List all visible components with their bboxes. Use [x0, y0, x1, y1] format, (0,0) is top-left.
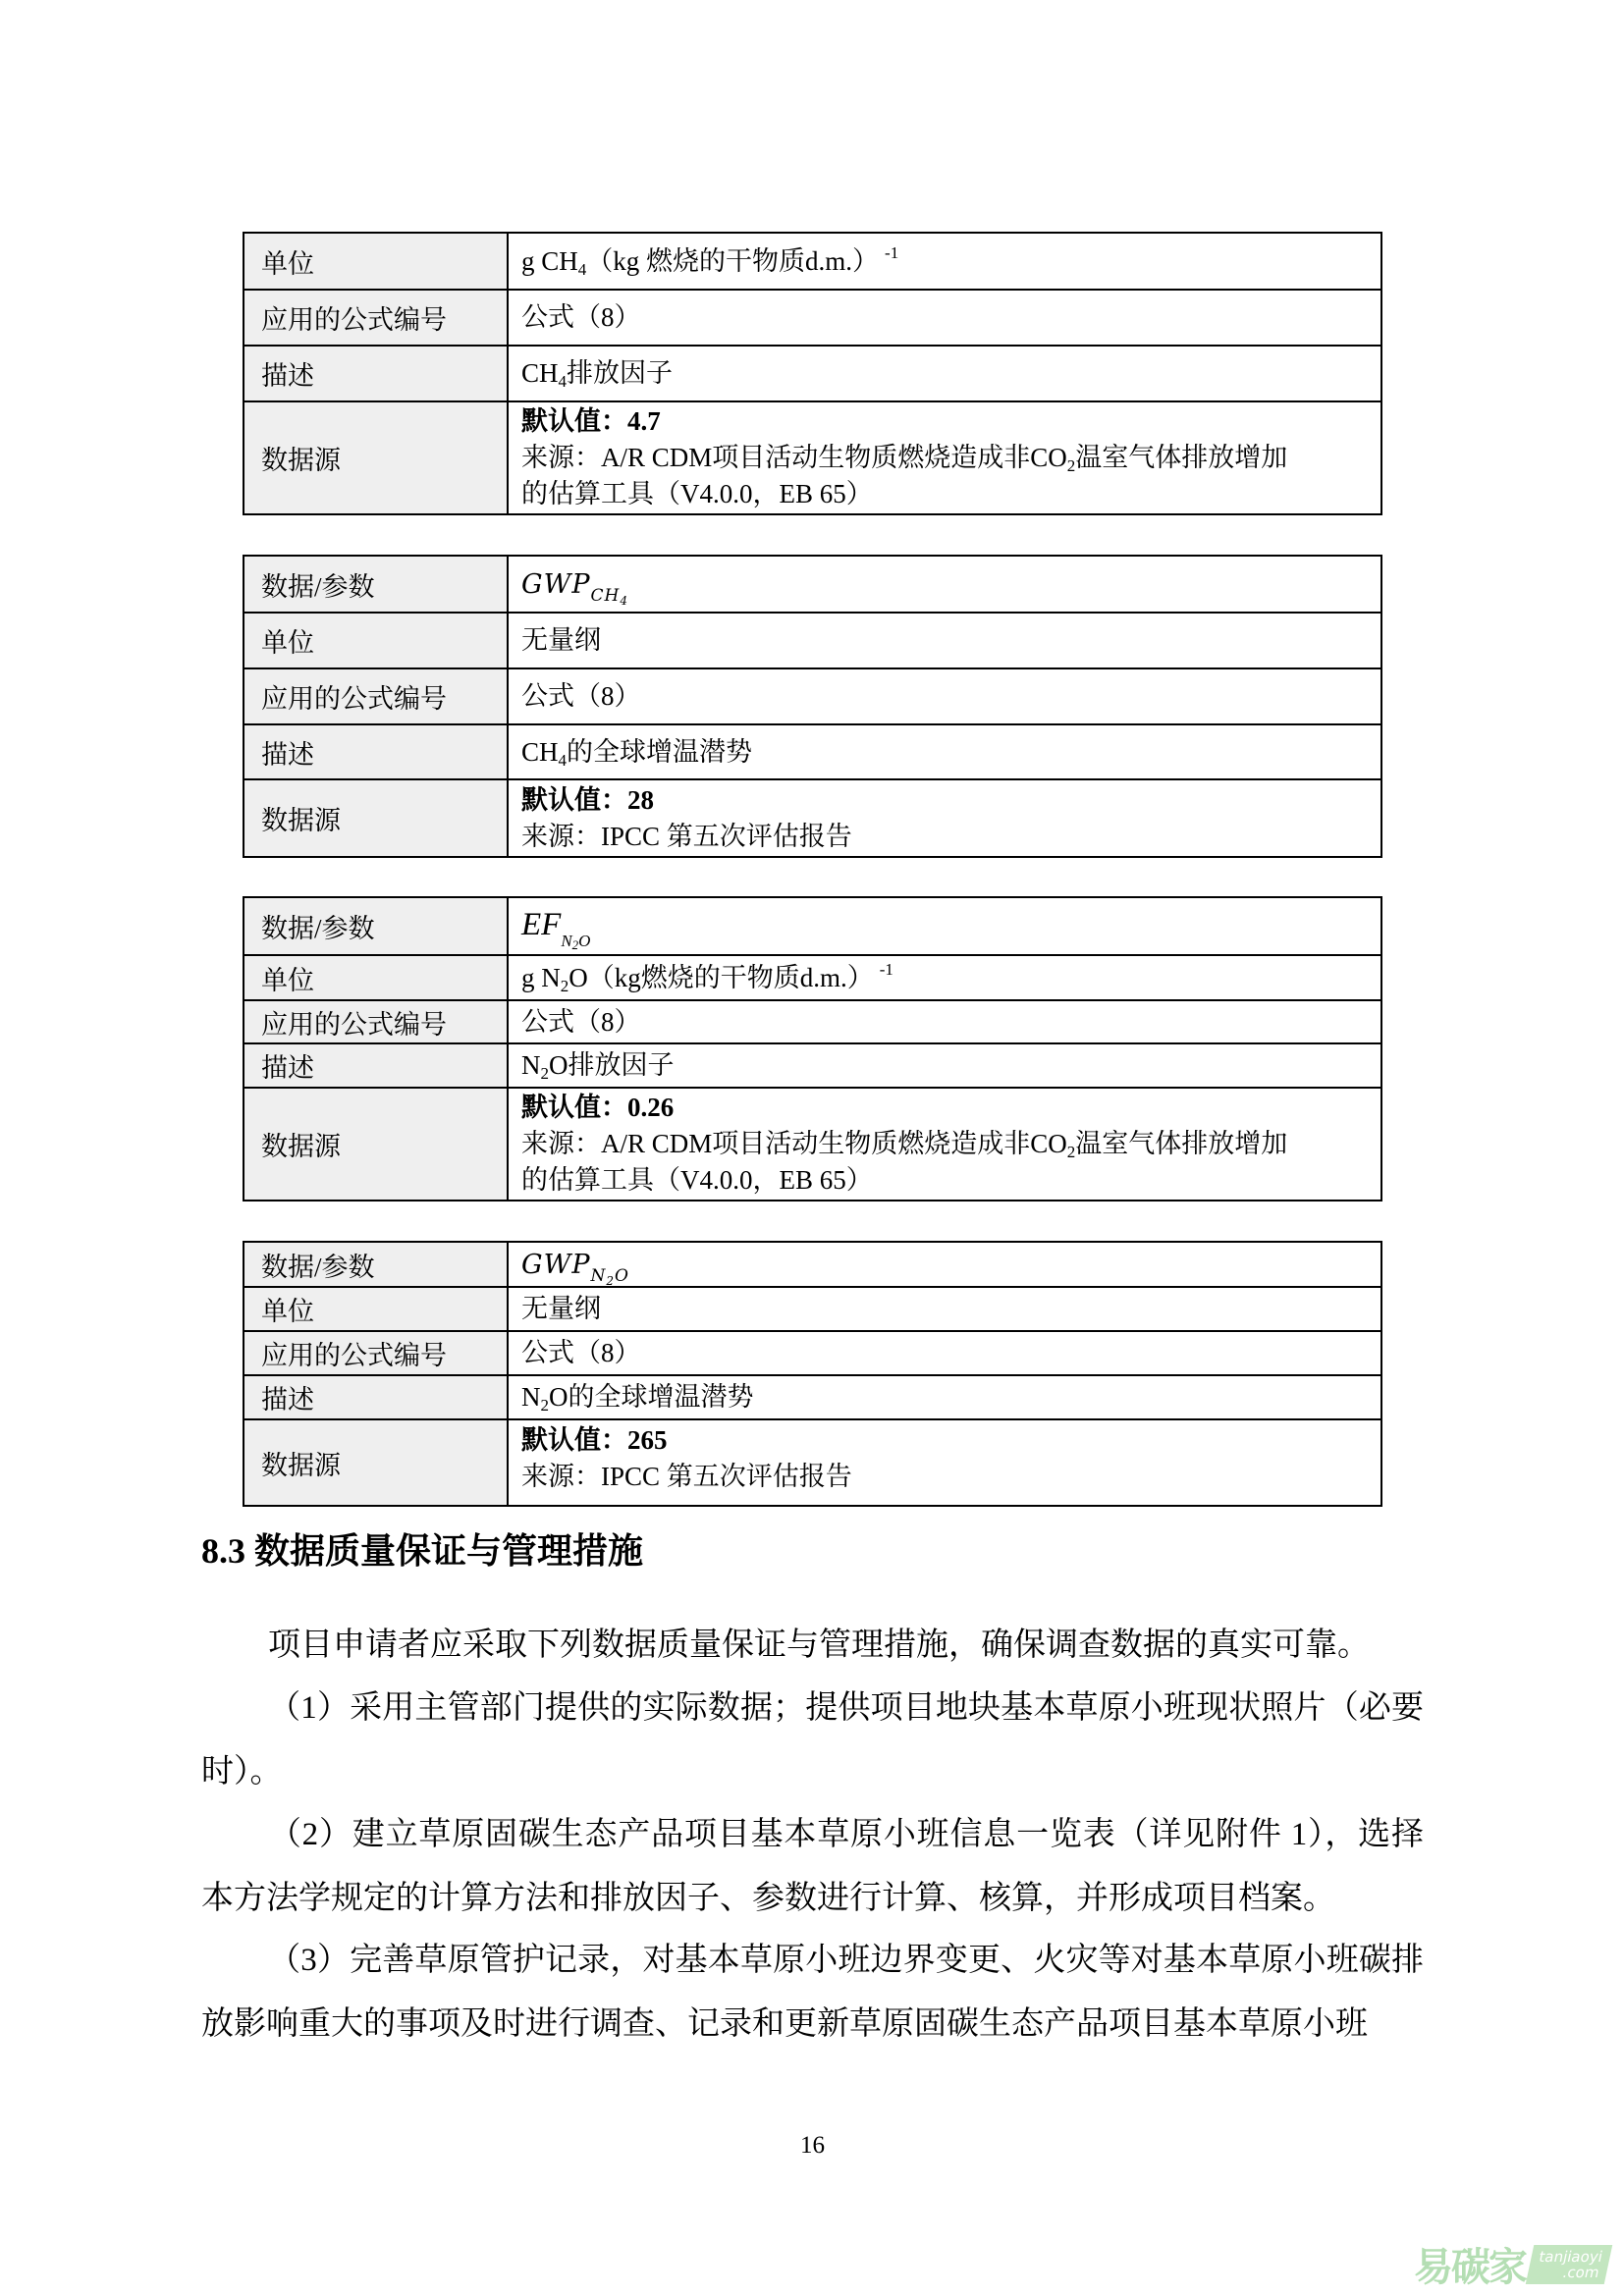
paragraph: （2）建立草原固碳生态产品项目基本草原小班信息一览表（详见附件 1），选择本方法…	[201, 1803, 1424, 1930]
source-text: 来源：IPCC 第五次评估报告	[521, 819, 1373, 855]
table-row: 数据源 默认值：265 来源：IPCC 第五次评估报告	[244, 1418, 1380, 1505]
paragraph-text: （3）完善草原管护记录，对基本草原小班边界变更、火灾等对基本草原小班碳排放影响重…	[201, 1943, 1424, 2042]
row-label: 应用的公式编号	[244, 669, 509, 723]
row-value: 默认值：0.26 来源：A/R CDM项目活动生物质燃烧造成非CO2温室气体排放…	[509, 1089, 1380, 1200]
row-label: 描述	[244, 1044, 509, 1087]
symbol-subtail: O	[615, 1266, 629, 1286]
desc-text: CH	[521, 358, 559, 388]
row-label: 单位	[244, 234, 509, 289]
default-value: 默认值：0.26	[521, 1090, 1373, 1126]
default-value: 默认值：4.7	[521, 403, 1373, 440]
subscript: 2	[541, 1396, 550, 1415]
paragraph-text: （1）采用主管部门提供的实际数据；提供项目地块基本草原小班现状照片（必要时）。	[201, 1690, 1424, 1789]
row-value: N2O的全球增温潜势	[509, 1376, 1380, 1418]
row-value: 默认值：28 来源：IPCC 第五次评估报告	[509, 780, 1380, 856]
default-value: 默认值：265	[521, 1422, 1373, 1459]
paragraph: （1）采用主管部门提供的实际数据；提供项目地块基本草原小班现状照片（必要时）。	[201, 1677, 1424, 1803]
symbol-sub: N	[591, 1266, 607, 1286]
symbol-subsub: 2	[606, 1274, 615, 1288]
formula-text: 公式（8）	[521, 1004, 1373, 1041]
watermark-brand: 易碳家	[1414, 2236, 1526, 2292]
subscript: 4	[559, 751, 568, 770]
row-value: CH4的全球增温潜势	[509, 725, 1380, 778]
table-row: 数据源 默认值：4.7 来源：A/R CDM项目活动生物质燃烧造成非CO2温室气…	[244, 400, 1380, 513]
subscript: 2	[561, 977, 569, 995]
table-row: 描述 N2O的全球增温潜势	[244, 1374, 1380, 1418]
unit-text: （kg 燃烧的干物质d.m.）	[586, 246, 879, 276]
row-value: g N2O（kg燃烧的干物质d.m.）-1	[509, 956, 1380, 999]
ch4-emission-factor-table: 单位 g CH4（kg 燃烧的干物质d.m.）-1 应用的公式编号 公式（8） …	[243, 232, 1382, 515]
gwp-n2o-table: 数据/参数 GWPN2O 单位 无量纲 应用的公式编号 公式（8） 描述 N2O…	[243, 1241, 1382, 1507]
subscript: 2	[1067, 456, 1076, 475]
table-row: 应用的公式编号 公式（8）	[244, 289, 1380, 345]
subscript: 2	[541, 1064, 550, 1083]
table-row: 数据源 默认值：0.26 来源：A/R CDM项目活动生物质燃烧造成非CO2温室…	[244, 1087, 1380, 1200]
row-label: 描述	[244, 347, 509, 400]
row-label: 描述	[244, 1376, 509, 1418]
watermark-domain: tanjiaoyi	[1538, 2249, 1604, 2265]
row-label: 数据/参数	[244, 557, 509, 612]
table-row: 应用的公式编号 公式（8）	[244, 1330, 1380, 1374]
desc-text: 排放因子	[567, 358, 673, 388]
row-value: 无量纲	[509, 614, 1380, 667]
row-value: 默认值：4.7 来源：A/R CDM项目活动生物质燃烧造成非CO2温室气体排放增…	[509, 402, 1380, 513]
desc-text: N	[521, 1382, 541, 1412]
row-label: 数据源	[244, 402, 509, 513]
symbol-subsub: 4	[620, 594, 628, 608]
table-row: 单位 g N2O（kg燃烧的干物质d.m.）-1	[244, 954, 1380, 999]
formula-text: 公式（8）	[521, 678, 1373, 715]
source-text: 来源：A/R CDM项目活动生物质燃烧造成非CO	[521, 443, 1067, 472]
desc-text: N	[521, 1050, 541, 1080]
table-row: 数据/参数 EFN2O	[244, 898, 1380, 954]
paragraph-text: （2）建立草原固碳生态产品项目基本草原小班信息一览表（详见附件 1），选择本方法…	[201, 1817, 1424, 1916]
row-label: 数据/参数	[244, 898, 509, 954]
watermark-domain-tld: .com	[1535, 2265, 1601, 2280]
table-row: 描述 CH4排放因子	[244, 345, 1380, 400]
parameter-symbol: GWPN2O	[521, 1247, 1373, 1283]
paragraph: 项目申请者应采取下列数据质量保证与管理措施，确保调查数据的真实可靠。	[201, 1614, 1424, 1678]
row-value: 公式（8）	[509, 669, 1380, 723]
row-label: 数据源	[244, 1420, 509, 1505]
section-heading: 8.3 数据质量保证与管理措施	[201, 1528, 643, 1574]
watermark-domain-badge: tanjiaoyi .com	[1526, 2245, 1613, 2284]
symbol-main: GWP	[521, 1250, 591, 1280]
symbol-sub: CH	[591, 586, 621, 606]
ef-n2o-table: 数据/参数 EFN2O 单位 g N2O（kg燃烧的干物质d.m.）-1 应用的…	[243, 896, 1382, 1201]
row-value: 无量纲	[509, 1288, 1380, 1330]
table-row: 数据/参数 GWPCH4	[244, 557, 1380, 612]
table-row: 应用的公式编号 公式（8）	[244, 999, 1380, 1042]
table-row: 单位 无量纲	[244, 612, 1380, 667]
table-row: 描述 N2O排放因子	[244, 1042, 1380, 1087]
table-row: 数据源 默认值：28 来源：IPCC 第五次评估报告	[244, 778, 1380, 856]
row-value: 公式（8）	[509, 1332, 1380, 1374]
page-number: 16	[800, 2132, 825, 2160]
row-value: N2O排放因子	[509, 1044, 1380, 1087]
table-row: 单位 无量纲	[244, 1286, 1380, 1330]
default-value: 默认值：28	[521, 782, 1373, 819]
row-value: EFN2O	[509, 898, 1380, 954]
unit-text: 无量纲	[521, 1291, 1373, 1327]
row-label: 应用的公式编号	[244, 291, 509, 345]
row-label: 数据源	[244, 1089, 509, 1200]
gwp-ch4-table: 数据/参数 GWPCH4 单位 无量纲 应用的公式编号 公式（8） 描述 CH4…	[243, 555, 1382, 858]
symbol-main: EF	[521, 907, 561, 942]
source-text: 温室气体排放增加	[1075, 1129, 1287, 1158]
symbol-sub: N	[561, 932, 571, 950]
row-value: 公式（8）	[509, 1001, 1380, 1042]
subscript: 2	[1067, 1143, 1076, 1161]
row-value: g CH4（kg 燃烧的干物质d.m.）-1	[509, 234, 1380, 289]
symbol-main: GWP	[521, 569, 591, 600]
source-text: 的估算工具（V4.0.0，EB 65）	[521, 476, 1373, 512]
row-label: 描述	[244, 725, 509, 778]
row-value: GWPCH4	[509, 557, 1380, 612]
row-label: 数据/参数	[244, 1243, 509, 1286]
unit-text: g CH	[521, 246, 578, 276]
unit-text: g N	[521, 963, 561, 992]
source-text: 的估算工具（V4.0.0，EB 65）	[521, 1162, 1373, 1199]
desc-text: CH	[521, 737, 559, 767]
row-value: GWPN2O	[509, 1243, 1380, 1286]
subscript: 4	[559, 372, 568, 391]
parameter-symbol: GWPCH4	[521, 566, 1373, 603]
row-label: 单位	[244, 1288, 509, 1330]
source-text: 温室气体排放增加	[1075, 443, 1287, 472]
row-label: 单位	[244, 956, 509, 999]
formula-text: 公式（8）	[521, 1335, 1373, 1371]
unit-text: 无量纲	[521, 622, 1373, 659]
row-value: 公式（8）	[509, 291, 1380, 345]
subscript: 4	[578, 260, 587, 279]
parameter-symbol: EFN2O	[521, 907, 1373, 945]
row-label: 应用的公式编号	[244, 1001, 509, 1042]
desc-text: O的全球增温潜势	[549, 1382, 754, 1412]
source-text: 来源：A/R CDM项目活动生物质燃烧造成非CO	[521, 1129, 1067, 1158]
table-row: 数据/参数 GWPN2O	[244, 1243, 1380, 1286]
superscript: -1	[880, 960, 893, 979]
row-label: 单位	[244, 614, 509, 667]
symbol-subtail: O	[578, 932, 590, 950]
row-label: 数据源	[244, 780, 509, 856]
row-label: 应用的公式编号	[244, 1332, 509, 1374]
table-row: 单位 g CH4（kg 燃烧的干物质d.m.）-1	[244, 234, 1380, 289]
watermark-logo: 易碳家 tanjiaoyi .com	[1414, 2236, 1608, 2292]
source-text: 来源：IPCC 第五次评估报告	[521, 1459, 1373, 1495]
superscript: -1	[885, 243, 898, 262]
unit-text: O（kg燃烧的干物质d.m.）	[568, 963, 874, 992]
paragraph: （3）完善草原管护记录，对基本草原小班边界变更、火灾等对基本草原小班碳排放影响重…	[201, 1929, 1424, 2056]
paragraph-text: 项目申请者应采取下列数据质量保证与管理措施，确保调查数据的真实可靠。	[268, 1628, 1370, 1663]
row-value: 默认值：265 来源：IPCC 第五次评估报告	[509, 1420, 1380, 1505]
row-value: CH4排放因子	[509, 347, 1380, 400]
table-row: 应用的公式编号 公式（8）	[244, 667, 1380, 723]
desc-text: O排放因子	[549, 1050, 675, 1080]
desc-text: 的全球增温潜势	[567, 737, 752, 767]
table-row: 描述 CH4的全球增温潜势	[244, 723, 1380, 778]
formula-text: 公式（8）	[521, 299, 1373, 336]
